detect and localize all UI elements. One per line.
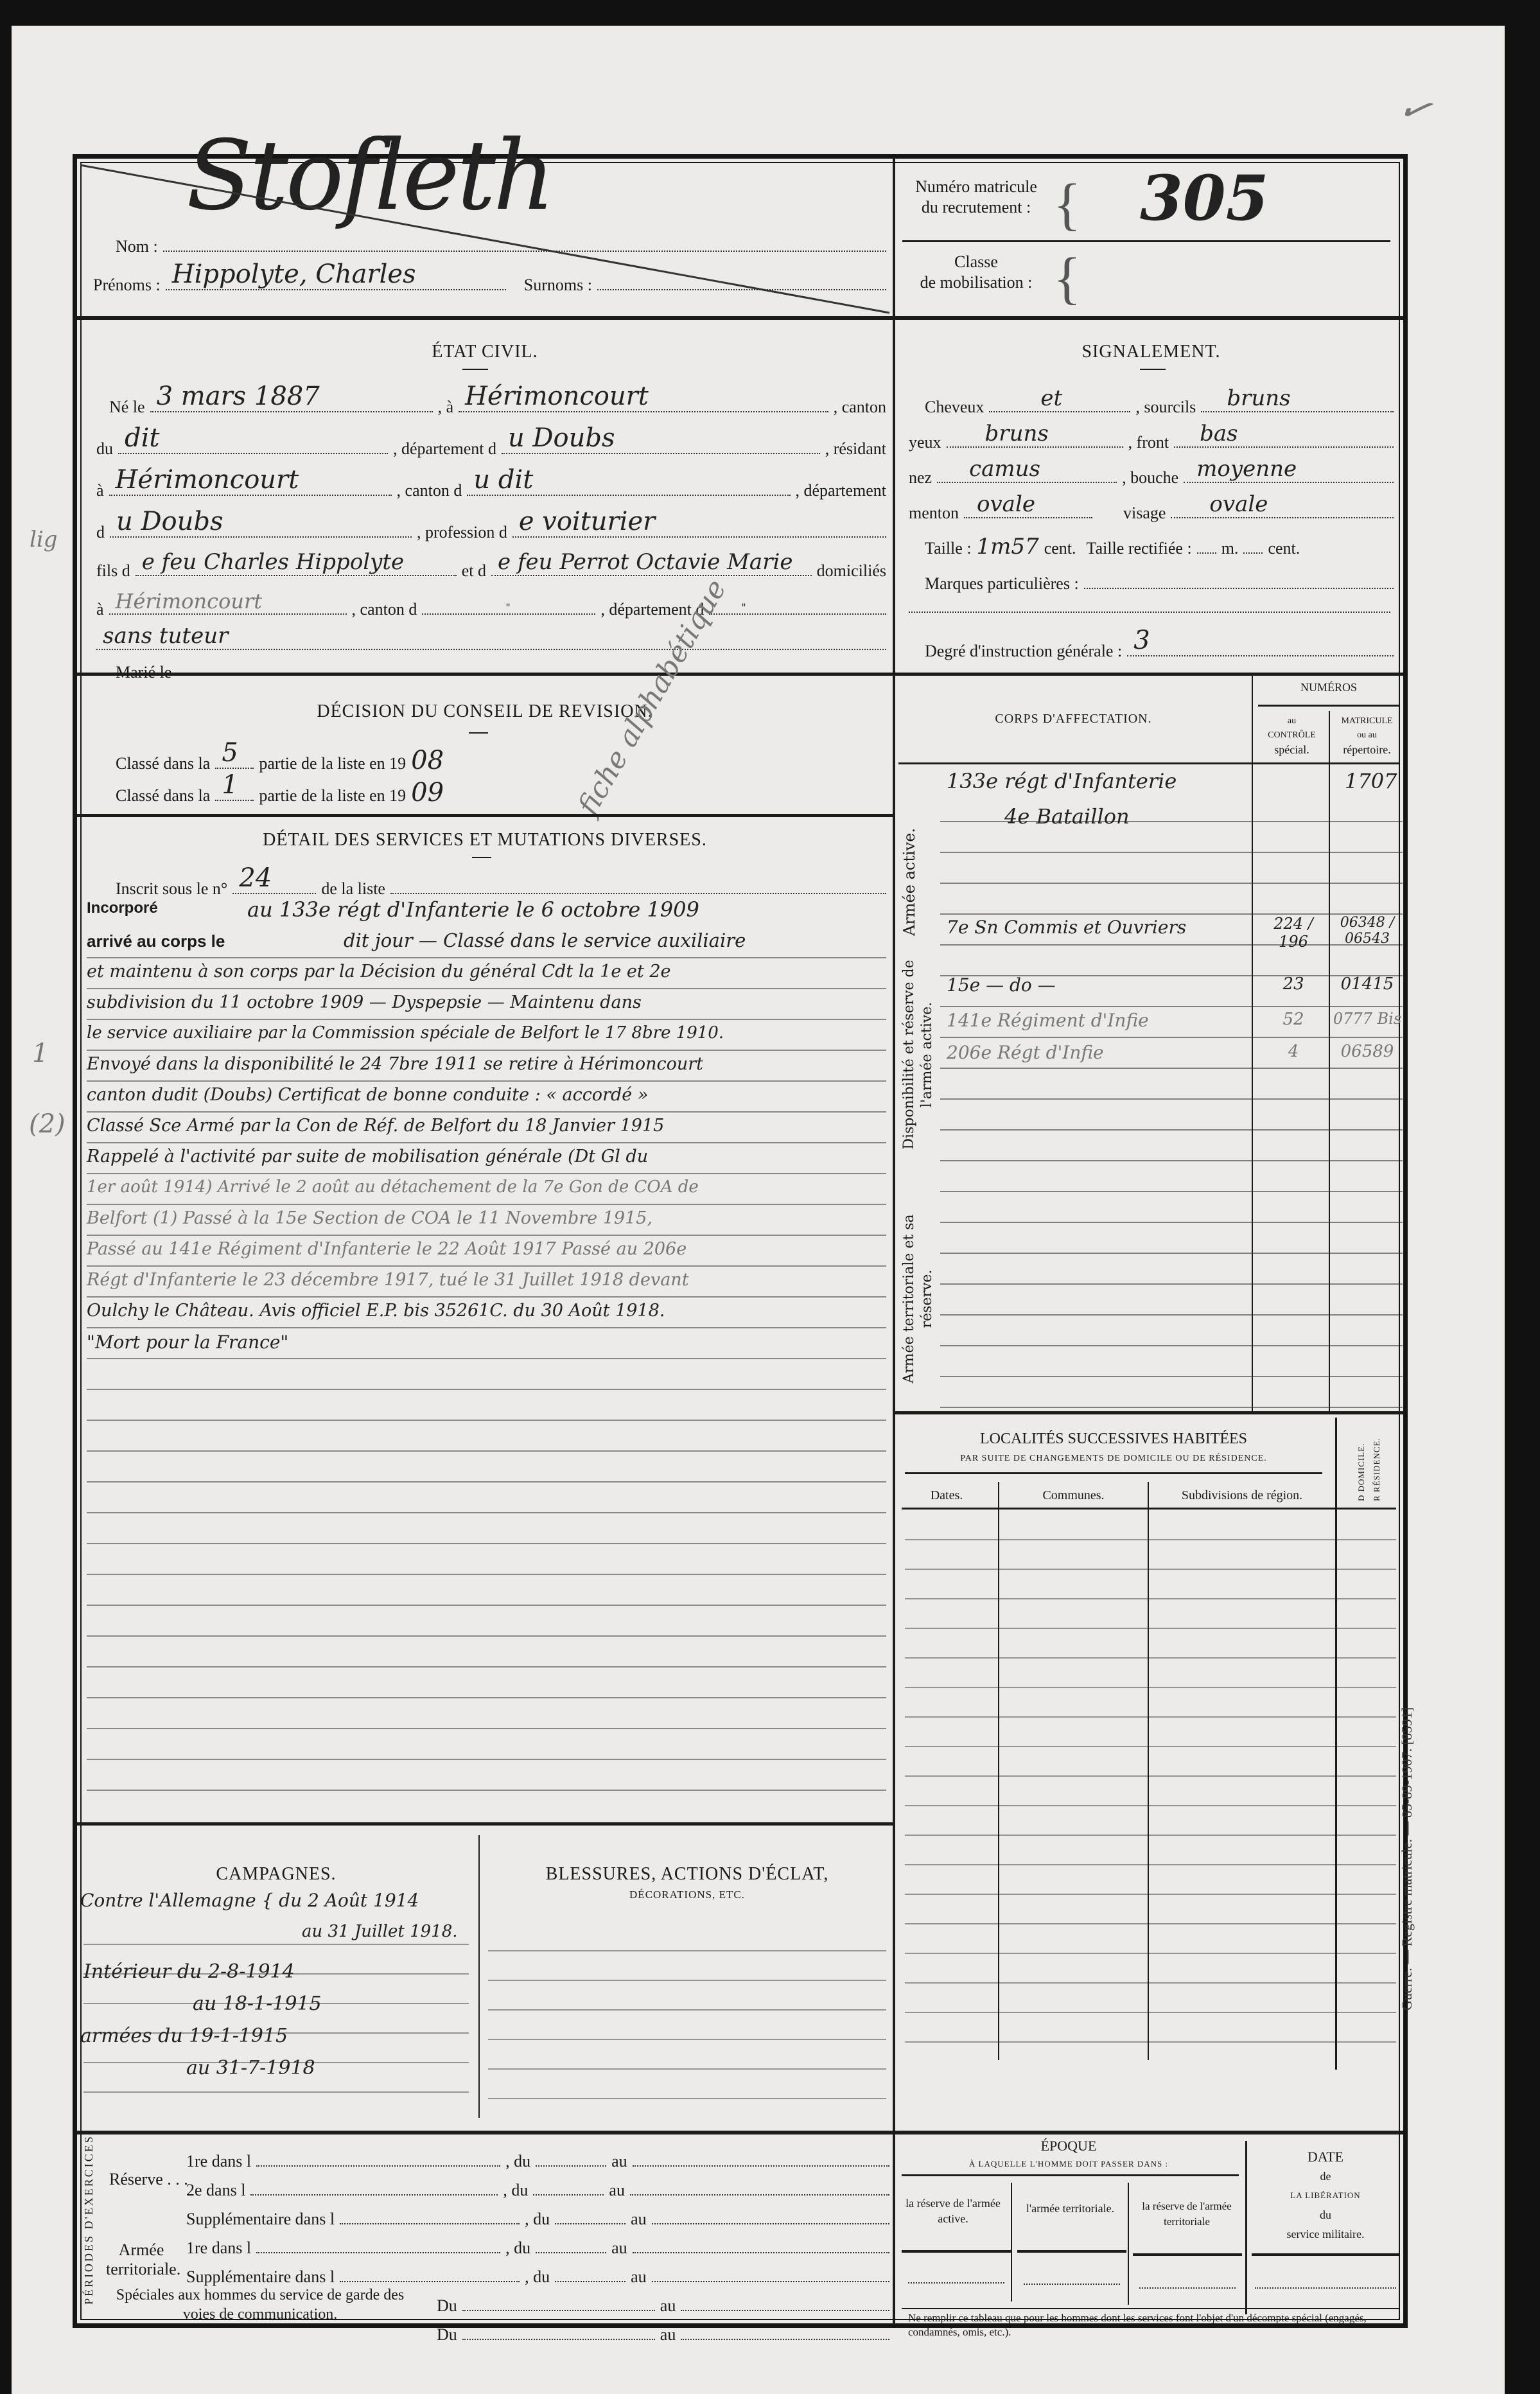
lieu-naissance-field: Hérimoncourt xyxy=(459,387,828,412)
numeros-brace xyxy=(1258,705,1399,707)
corps-cell: 133e régt d'Infanterie xyxy=(947,769,1177,793)
epoque-section: ÉPOQUE À LAQUELLE L'HOMME DOIT PASSER DA… xyxy=(895,2134,1403,2321)
services-section: DÉTAIL DES SERVICES ET MUTATIONS DIVERSE… xyxy=(77,817,893,1819)
year-value: 08 xyxy=(411,746,444,775)
service-line: au 133e régt d'Infanterie le 6 octobre 1… xyxy=(247,897,699,922)
taille-label: Taille : xyxy=(925,539,972,558)
liste-field xyxy=(390,868,886,894)
sourcils-label: , sourcils xyxy=(1135,398,1196,417)
reserve-active-field xyxy=(908,2282,1004,2284)
inscrit-label: Inscrit sous le n° xyxy=(116,879,227,899)
group-label-territoriale: Armée territoriale et sa réserve. xyxy=(900,1202,936,1395)
margin-check-mark: ✓ xyxy=(1392,83,1438,136)
marques-field xyxy=(1084,563,1394,589)
campagnes-section: CAMPAGNES. Contre l'Allemagne { du 2 Aoû… xyxy=(77,1826,475,2127)
title-dash xyxy=(469,732,488,734)
domicile-label: D DOMICILE. xyxy=(1356,1418,1367,1501)
col-line xyxy=(1245,2141,1247,2314)
residant-label: , résidant xyxy=(825,439,886,459)
blessures-section: BLESSURES, ACTIONS D'ÉCLAT, DÉCORATIONS,… xyxy=(482,1826,893,2127)
printer-mark: Guerre. — Registre matricule. — 85-89-19… xyxy=(1399,1707,1415,2011)
residence-label: R RÉSIDENCE. xyxy=(1372,1418,1382,1501)
localites-subtitle: PAR SUITE DE CHANGEMENTS DE DOMICILE OU … xyxy=(895,1454,1332,1464)
departement-field: u Doubs xyxy=(502,428,820,454)
communes-header: Communes. xyxy=(999,1488,1148,1503)
matricule-label-2: du recrutement : xyxy=(902,197,1050,218)
brace-icon: { xyxy=(1053,172,1081,238)
departement-label: , département d xyxy=(393,439,496,459)
localites-brace xyxy=(905,1472,1322,1474)
canton2-label: , canton d xyxy=(397,481,462,500)
canton-prefix: du xyxy=(96,439,113,459)
departement2-prefix: d xyxy=(96,523,105,542)
nez-label: nez xyxy=(909,468,932,488)
localites-section: LOCALITÉS SUCCESSIVES HABITÉES PAR SUITE… xyxy=(895,1418,1403,2070)
dom-a-label: à xyxy=(96,600,104,619)
fils-label: fils d xyxy=(96,561,130,581)
diagonal-strike-line xyxy=(77,159,893,316)
matricule-block: Numéro matricule du recrutement : { 305 … xyxy=(902,165,1390,316)
domicile-residence-header: D DOMICILE. R RÉSIDENCE. xyxy=(1337,1418,1401,1501)
title-dash xyxy=(472,857,491,858)
conseil-title: DÉCISION DU CONSEIL DE REVISION. xyxy=(77,701,893,722)
bouche-label: , bouche xyxy=(1122,468,1178,488)
blessures-title: BLESSURES, ACTIONS D'ÉCLAT, xyxy=(482,1864,893,1885)
profession-field: e voiturier xyxy=(512,512,886,538)
epoque-brace xyxy=(902,2174,1239,2176)
corps-affectation-table: CORPS D'AFFECTATION. NUMÉROS auCONTRÔLEs… xyxy=(895,676,1403,1414)
nez-field: camus xyxy=(937,457,1117,483)
matricule-label-1: Numéro matricule xyxy=(902,177,1050,197)
taille-unit: cent. xyxy=(1044,539,1076,558)
epoque-title: ÉPOQUE xyxy=(895,2138,1242,2154)
residant-a-label: à xyxy=(96,481,104,500)
departement2-field: u Doubs xyxy=(110,512,412,538)
tuteur-field: sans tuteur xyxy=(96,624,886,650)
liberation-field xyxy=(1255,2287,1396,2289)
et-label: et d xyxy=(462,561,486,581)
reserve-active-header: la réserve de l'armée active. xyxy=(898,2196,1008,2226)
brace-icon: { xyxy=(1053,245,1081,312)
taille-rect-cent-field xyxy=(1243,528,1263,554)
epoque-note: Ne remplir ce tableau que pour les homme… xyxy=(908,2311,1396,2339)
matricule-divider xyxy=(902,240,1390,242)
matricule-value: 305 xyxy=(1140,162,1268,234)
departement2-label: , département xyxy=(796,481,887,500)
inscrit-suffix: de la liste xyxy=(321,879,385,899)
visage-field: ovale xyxy=(1171,493,1394,518)
cell-rule xyxy=(1133,2253,1242,2256)
cheveux-field: et xyxy=(989,387,1130,412)
canton-label: , canton xyxy=(834,398,886,417)
mere-field: e feu Perrot Octavie Marie xyxy=(491,550,812,576)
signalement-title: SIGNALEMENT. xyxy=(906,342,1397,362)
marques-label: Marques particulières : xyxy=(925,574,1079,594)
identity-block: Stofleth Nom : Prénoms : Hippolyte, Char… xyxy=(77,159,893,316)
campagnes-title: CAMPAGNES. xyxy=(77,1864,475,1885)
blessures-subtitle: DÉCORATIONS, ETC. xyxy=(482,1888,893,1901)
armee-territoriale-field xyxy=(1024,2284,1120,2285)
title-dash xyxy=(462,369,488,370)
margin-mark-2: (2) xyxy=(29,1109,66,1139)
incorpore-stamp: Incorporé xyxy=(87,899,158,917)
margin-left-note: lig xyxy=(30,527,58,552)
partie-field: 5 xyxy=(215,743,254,769)
classe-label-2: de mobilisation : xyxy=(902,272,1050,293)
title-dash xyxy=(1140,369,1166,370)
etat-civil-title: ÉTAT CIVIL. xyxy=(77,342,893,362)
periodes-section: PÉRIODES D'EXERCICES. Réserve . . . Armé… xyxy=(77,2134,893,2321)
taille-rect-m: m. xyxy=(1221,539,1239,558)
ruled-lines xyxy=(87,928,886,1808)
residence-field: Hérimoncourt xyxy=(109,470,392,496)
territoriale-label: Armée territoriale. xyxy=(106,2240,177,2279)
localites-title: LOCALITÉS SUCCESSIVES HABITÉES xyxy=(895,1430,1332,1448)
etat-civil-section: ÉTAT CIVIL. Né le 3 mars 1887 , à Hérimo… xyxy=(77,322,893,669)
partie-label: partie de la liste en 19 xyxy=(259,786,406,805)
header-divider xyxy=(77,316,893,320)
reserve-territoriale-field xyxy=(1139,2287,1236,2289)
reserve-label: Réserve . . . xyxy=(109,2170,188,2189)
conseil-revision-section: DÉCISION DU CONSEIL DE REVISION. Classé … xyxy=(77,676,893,811)
cell-rule xyxy=(1252,2253,1399,2256)
dates-header: Dates. xyxy=(895,1488,998,1503)
ne-le-field: 3 mars 1887 xyxy=(150,387,433,412)
front-field: bas xyxy=(1174,422,1394,448)
inscrit-field: 24 xyxy=(232,868,316,894)
epoque-subtitle: À LAQUELLE L'HOMME DOIT PASSER DANS : xyxy=(895,2159,1242,2169)
blessures-rows xyxy=(488,1922,886,2121)
classe-label: Classé dans la xyxy=(116,786,210,805)
cell-rule xyxy=(1017,2250,1126,2253)
margin-mark-1: 1 xyxy=(32,1039,48,1068)
classe-label-1: Classe xyxy=(902,252,1050,272)
numeros-header: NUMÉROS xyxy=(1255,681,1403,694)
marques-line-2 xyxy=(909,612,1390,613)
subdivisions-header: Subdivisions de région. xyxy=(1149,1488,1335,1503)
header-line xyxy=(902,1508,1396,1509)
row-guides xyxy=(940,791,1403,1408)
dom-canton-label: , canton d xyxy=(352,600,417,619)
localites-rows xyxy=(905,1511,1396,2063)
col-line xyxy=(1011,2183,1012,2302)
menton-label: menton xyxy=(909,504,959,523)
degre-label: Degré d'instruction générale : xyxy=(925,642,1122,661)
taille-rectifiee-label: Taille rectifiée : xyxy=(1087,539,1192,558)
periodes-side-label: PÉRIODES D'EXERCICES. xyxy=(82,2130,96,2305)
epoque-bottom-rule xyxy=(902,2308,1399,2309)
header-divider-right xyxy=(895,316,1403,320)
cheveux-label: Cheveux xyxy=(925,398,984,417)
corps-header: CORPS D'AFFECTATION. xyxy=(895,676,1252,762)
yeux-field: bruns xyxy=(947,422,1123,448)
header-line xyxy=(898,762,1399,764)
a-label: , à xyxy=(438,398,454,417)
form-frame: Stofleth Nom : Prénoms : Hippolyte, Char… xyxy=(73,154,1408,2328)
canton-field: dit xyxy=(118,428,388,454)
degre-field: 3 xyxy=(1127,631,1394,656)
liberation-header: DATE de LA LIBÉRATION du service militai… xyxy=(1248,2147,1403,2244)
reserve-territoriale-header: la réserve de l'armée territoriale xyxy=(1130,2199,1244,2230)
dom-dept-field: " xyxy=(709,589,886,615)
col-line xyxy=(478,1835,480,2118)
domicile-field: Hérimoncourt xyxy=(109,589,347,615)
taille-value: 1m57 xyxy=(977,534,1039,559)
ne-le-label: Né le xyxy=(109,398,145,417)
taille-rect-m-field xyxy=(1197,528,1216,554)
matricule-cell: 1707 xyxy=(1345,769,1397,793)
pere-field: e feu Charles Hippolyte xyxy=(136,550,457,576)
menton-field: ovale xyxy=(964,493,1092,518)
yeux-label: yeux xyxy=(909,433,941,452)
speciales-label: Spéciales aux hommes du service de garde… xyxy=(116,2285,405,2324)
bouche-field: moyenne xyxy=(1184,457,1394,483)
services-title: DÉTAIL DES SERVICES ET MUTATIONS DIVERSE… xyxy=(77,830,893,850)
table-bottom xyxy=(895,1411,1403,1414)
campagnes-rows xyxy=(83,1915,469,2121)
sourcils-field: bruns xyxy=(1201,387,1394,412)
armee-territoriale-header: l'armée territoriale. xyxy=(1014,2196,1126,2221)
group-label-disponibilite: Disponibilité et réserve de l'armée acti… xyxy=(900,952,936,1157)
domicilies-label: domiciliés xyxy=(817,561,886,581)
signalement-section: SIGNALEMENT. Cheveux et , sourcils bruns… xyxy=(906,322,1397,669)
canton2-field: u dit xyxy=(467,470,790,496)
campagne-line: Contre l'Allemagne { du 2 Août 1914 xyxy=(80,1890,419,1911)
controle-header: auCONTRÔLEspécial. xyxy=(1255,714,1329,757)
visage-label: visage xyxy=(1123,504,1166,523)
profession-label: , profession d xyxy=(417,523,507,542)
classe-label: Classé dans la xyxy=(116,754,210,773)
front-label: , front xyxy=(1128,433,1169,452)
taille-rect-cent: cent. xyxy=(1268,539,1300,558)
partie-label: partie de la liste en 19 xyxy=(259,754,406,773)
matricule-header: MATRICULEou aurépertoire. xyxy=(1331,714,1403,757)
col-line xyxy=(1128,2183,1129,2305)
register-sheet: ✓ lig Stofleth Nom : Prénoms : Hippolyte… xyxy=(12,26,1505,2394)
cell-rule xyxy=(902,2250,1011,2253)
year-value: 09 xyxy=(411,778,444,807)
group-label-armee-active: Armée active. xyxy=(900,828,918,936)
dom-canton-field: " xyxy=(422,589,595,615)
partie-field: 1 xyxy=(215,775,254,801)
